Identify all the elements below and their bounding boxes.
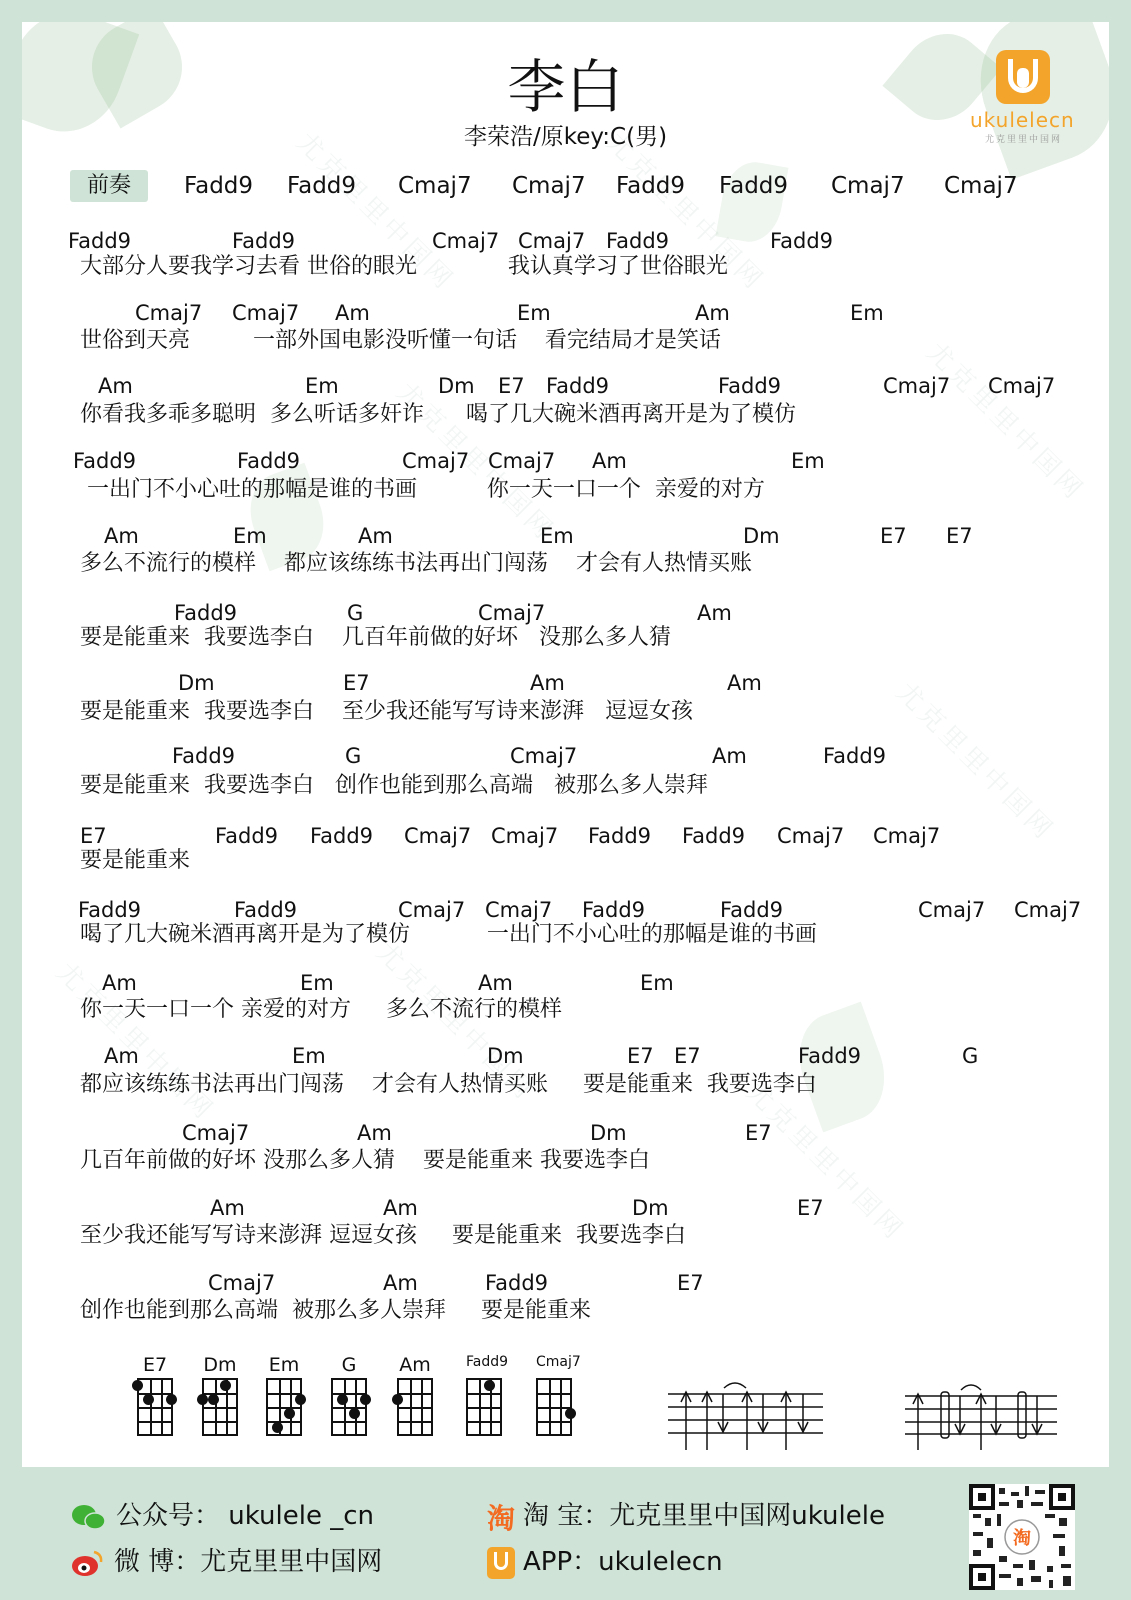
taobao-icon: 淘 xyxy=(487,1497,515,1537)
intro-chord: Cmaj7 xyxy=(512,170,586,202)
fretboard-grid-icon xyxy=(331,1378,367,1436)
chord-label: Em xyxy=(540,523,574,549)
chord-label: Dm xyxy=(743,523,780,549)
chord-diagram: Cmaj7 xyxy=(536,1356,572,1446)
chord-label: Em xyxy=(640,970,674,996)
chord-label: Am xyxy=(102,970,137,996)
finger-dot-icon xyxy=(220,1380,231,1391)
chord-label: Am xyxy=(712,743,747,769)
lyric-line: 你看我多乖多聪明 多么听话多奸诈 喝了几大碗米酒再离开是为了模仿 xyxy=(80,400,796,430)
qr-code[interactable]: 淘 xyxy=(969,1484,1075,1590)
chord-label: Cmaj7 xyxy=(135,300,202,326)
intro-chord: Fadd9 xyxy=(287,170,356,202)
chord-label: Am xyxy=(358,523,393,549)
chord-diagram-name: Cmaj7 xyxy=(536,1354,572,1370)
chord-label: Cmaj7 xyxy=(491,823,558,849)
finger-dot-icon xyxy=(197,1394,208,1405)
chord-label: G xyxy=(345,743,361,769)
chord-label: Fadd9 xyxy=(215,823,278,849)
chord-label: Cmaj7 xyxy=(918,897,985,923)
chord-label: Dm xyxy=(590,1120,627,1146)
qr-code-icon: 淘 xyxy=(969,1484,1075,1590)
intro-chord: Cmaj7 xyxy=(831,170,905,202)
chord-label: Am xyxy=(383,1270,418,1296)
chord-label: E7 xyxy=(677,1270,704,1296)
lyric-line: 你一天一口一个 亲爱的对方 多么不流行的模样 xyxy=(80,995,562,1025)
fretboard-grid-icon xyxy=(536,1378,572,1436)
lyric-line: 至少我还能写写诗来澎湃 逗逗女孩 要是能重来 我要选李白 xyxy=(80,1221,686,1251)
finger-dot-icon xyxy=(166,1394,177,1405)
chord-label: E7 xyxy=(627,1043,654,1069)
chord-label: Em xyxy=(233,523,267,549)
chord-label: E7 xyxy=(343,670,370,696)
watermark: 尤克里里中国网 xyxy=(50,953,225,1128)
finger-dot-icon xyxy=(132,1380,143,1391)
chord-label: Cmaj7 xyxy=(488,448,555,474)
chord-label: Am xyxy=(592,448,627,474)
chord-label: E7 xyxy=(880,523,907,549)
chord-label: Fadd9 xyxy=(485,1270,548,1296)
lyric-line: 喝了几大碗米酒再离开是为了模仿 一出门不小心吐的那幅是谁的书画 xyxy=(80,920,817,950)
taobao-label: 淘 宝： xyxy=(523,1501,609,1531)
chord-label: Am xyxy=(98,373,133,399)
lyric-line: 要是能重来 我要选李白 几百年前做的好坏 没那么多人猜 xyxy=(80,623,671,653)
app-value: ukulelecn xyxy=(598,1547,722,1577)
chord-label: Fadd9 xyxy=(546,373,609,399)
finger-dot-icon xyxy=(284,1408,295,1419)
chord-label: G xyxy=(962,1043,978,1069)
finger-dot-icon xyxy=(484,1380,495,1391)
chord-label: Dm xyxy=(438,373,475,399)
intro-chord: Fadd9 xyxy=(184,170,253,202)
chord-label: Dm xyxy=(632,1195,669,1221)
intro-chord: Cmaj7 xyxy=(398,170,472,202)
chord-label: Cmaj7 xyxy=(432,228,499,254)
chord-diagram: Em xyxy=(266,1356,302,1446)
chord-diagram-name: Fadd9 xyxy=(466,1354,502,1370)
app-label: APP： xyxy=(523,1547,598,1577)
finger-dot-icon xyxy=(392,1394,403,1405)
intro-chord: Fadd9 xyxy=(616,170,685,202)
chord-label: Em xyxy=(791,448,825,474)
chord-label: Cmaj7 xyxy=(873,823,940,849)
chord-label: Em xyxy=(292,1043,326,1069)
lyric-line: 多么不流行的模样 都应该练练书法再出门闯荡 才会有人热情买账 xyxy=(80,549,752,579)
watermark: 尤克里里中国网 xyxy=(920,333,1095,508)
chord-label: Am xyxy=(210,1195,245,1221)
chord-diagram-name: G xyxy=(331,1354,367,1376)
wechat-value: ukulele _cn xyxy=(228,1501,374,1531)
footer-app: APP：ukulelecn xyxy=(487,1541,723,1579)
chord-diagram: Am xyxy=(397,1356,433,1446)
logo-text: ukulelecn xyxy=(970,108,1075,132)
chord-diagram: Fadd9 xyxy=(466,1356,502,1446)
intro-chord: Cmaj7 xyxy=(944,170,1018,202)
chord-label: Em xyxy=(850,300,884,326)
qr-taobao-glyph: 淘 xyxy=(1013,1527,1031,1549)
lyric-line: 创作也能到那么高端 被那么多人崇拜 要是能重来 xyxy=(80,1296,591,1326)
intro-label: 前奏 xyxy=(70,170,148,202)
chord-label: E7 xyxy=(498,373,525,399)
wechat-label: 公众号： xyxy=(116,1501,220,1531)
chord-label: Am xyxy=(697,600,732,626)
finger-dot-icon xyxy=(360,1394,371,1405)
chord-label: Cmaj7 xyxy=(402,448,469,474)
taobao-value: 尤克里里中国网ukulele xyxy=(609,1501,885,1531)
chord-label: Cmaj7 xyxy=(777,823,844,849)
chord-diagram-name: Am xyxy=(397,1354,433,1376)
footer-wechat: 公众号： ukulele _cn xyxy=(70,1495,374,1532)
chord-label: Cmaj7 xyxy=(182,1120,249,1146)
lyric-line: 世俗到天亮 一部外国电影没听懂一句话 看完结局才是笑话 xyxy=(80,326,721,356)
chord-label: Cmaj7 xyxy=(1014,897,1081,923)
chord-label: Am xyxy=(478,970,513,996)
chord-label: Em xyxy=(300,970,334,996)
weibo-value: 尤克里里中国网 xyxy=(200,1547,382,1577)
chord-label: Fadd9 xyxy=(68,228,131,254)
strum-pattern-2-icon xyxy=(905,1382,1065,1452)
chord-label: Fadd9 xyxy=(310,823,373,849)
fretboard-grid-icon xyxy=(397,1378,433,1436)
chord-diagram-name: E7 xyxy=(137,1354,173,1376)
chord-label: E7 xyxy=(797,1195,824,1221)
strum-pattern-1-icon xyxy=(668,1382,828,1452)
finger-dot-icon xyxy=(349,1408,360,1419)
chord-label: Fadd9 xyxy=(606,228,669,254)
chord-label: Am xyxy=(104,523,139,549)
chord-label: E7 xyxy=(674,1043,701,1069)
lyric-line: 一出门不小心吐的那幅是谁的书画 你一天一口一个 亲爱的对方 xyxy=(80,475,765,505)
chord-label: Dm xyxy=(487,1043,524,1069)
chord-label: Em xyxy=(305,373,339,399)
weibo-icon xyxy=(70,1548,106,1578)
chord-label: Cmaj7 xyxy=(883,373,950,399)
app-icon xyxy=(487,1547,515,1579)
chord-label: E7 xyxy=(745,1120,772,1146)
chord-label: E7 xyxy=(946,523,973,549)
footer-taobao: 淘淘 宝：尤克里里中国网ukulele xyxy=(487,1495,885,1537)
chord-label: Cmaj7 xyxy=(988,373,1055,399)
chord-label: Fadd9 xyxy=(232,228,295,254)
chord-label: Am xyxy=(695,300,730,326)
finger-dot-icon xyxy=(295,1394,306,1405)
chord-label: Fadd9 xyxy=(172,743,235,769)
lyric-line: 要是能重来 xyxy=(80,846,190,876)
chord-label: Cmaj7 xyxy=(404,823,471,849)
chord-label: Am xyxy=(104,1043,139,1069)
chord-label: Em xyxy=(517,300,551,326)
lyric-line: 大部分人要我学习去看 世俗的眼光 我认真学习了世俗眼光 xyxy=(80,252,728,282)
lyric-line: 都应该练练书法再出门闯荡 才会有人热情买账 要是能重来 我要选李白 xyxy=(80,1070,817,1100)
footer-weibo: 微 博：尤克里里中国网 xyxy=(70,1541,382,1578)
chord-diagram-name: Dm xyxy=(202,1354,238,1376)
chord-label: Fadd9 xyxy=(798,1043,861,1069)
chord-label: Am xyxy=(530,670,565,696)
intro-chord: Fadd9 xyxy=(719,170,788,202)
chord-diagram: E7 xyxy=(137,1356,173,1446)
chord-label: Cmaj7 xyxy=(232,300,299,326)
weibo-label: 微 博： xyxy=(114,1547,200,1577)
song-subtitle: 李荣浩/原key:C(男) xyxy=(0,118,1131,151)
chord-label: Am xyxy=(727,670,762,696)
lyric-line: 几百年前做的好坏 没那么多人猜 要是能重来 我要选李白 xyxy=(80,1146,650,1176)
lyric-line: 要是能重来 我要选李白 至少我还能写写诗来澎湃 逗逗女孩 xyxy=(80,697,693,727)
chord-diagram: Dm xyxy=(202,1356,238,1446)
lyric-line: 要是能重来 我要选李白 创作也能到那么高端 被那么多人崇拜 xyxy=(80,771,708,801)
chord-label: Fadd9 xyxy=(682,823,745,849)
chord-label: Fadd9 xyxy=(718,373,781,399)
song-title: 李白 xyxy=(0,40,1131,124)
chord-label: Am xyxy=(335,300,370,326)
chord-label: Fadd9 xyxy=(770,228,833,254)
chord-label: Am xyxy=(383,1195,418,1221)
chord-label: Fadd9 xyxy=(237,448,300,474)
chord-label: Cmaj7 xyxy=(510,743,577,769)
chord-label: Fadd9 xyxy=(588,823,651,849)
chord-label: Am xyxy=(357,1120,392,1146)
chord-label: Dm xyxy=(178,670,215,696)
ukulelecn-logo-icon xyxy=(996,50,1050,104)
chord-diagram-name: Em xyxy=(266,1354,302,1376)
logo-subtext: 尤克里里中国网 xyxy=(985,132,1062,145)
chord-label: Fadd9 xyxy=(823,743,886,769)
chord-diagram: G xyxy=(331,1356,367,1446)
wechat-icon xyxy=(70,1502,108,1532)
chord-label: Cmaj7 xyxy=(518,228,585,254)
watermark: 尤克里里中国网 xyxy=(890,673,1065,848)
chord-label: Cmaj7 xyxy=(208,1270,275,1296)
chord-label: Fadd9 xyxy=(73,448,136,474)
finger-dot-icon xyxy=(565,1408,576,1419)
